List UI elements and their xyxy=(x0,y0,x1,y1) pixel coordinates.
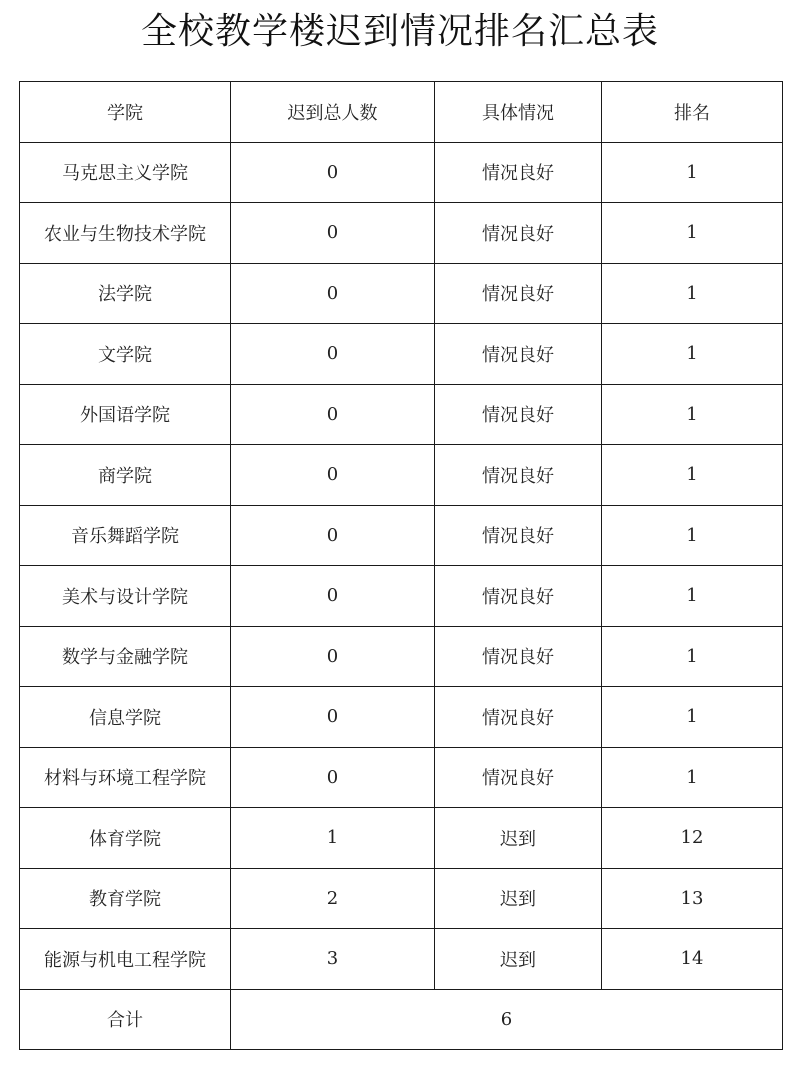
status: 迟到 xyxy=(435,929,602,990)
late-count: 1 xyxy=(231,808,435,869)
table-row: 文学院 0 情况良好 1 xyxy=(20,324,783,385)
table-row: 法学院 0 情况良好 1 xyxy=(20,263,783,324)
late-count: 0 xyxy=(231,747,435,808)
college-name: 数学与金融学院 xyxy=(20,626,231,687)
header-late-count: 迟到总人数 xyxy=(231,82,435,143)
rank: 12 xyxy=(602,808,783,869)
rank: 1 xyxy=(602,566,783,627)
status: 情况良好 xyxy=(435,263,602,324)
college-name: 商学院 xyxy=(20,445,231,506)
table-row: 数学与金融学院 0 情况良好 1 xyxy=(20,626,783,687)
rank: 1 xyxy=(602,747,783,808)
late-count: 0 xyxy=(231,566,435,627)
document-title: 全校教学楼迟到情况排名汇总表 xyxy=(0,6,800,58)
rank: 1 xyxy=(602,445,783,506)
status: 迟到 xyxy=(435,868,602,929)
status: 情况良好 xyxy=(435,324,602,385)
header-rank: 排名 xyxy=(602,82,783,143)
total-row: 合计 6 xyxy=(20,989,783,1050)
late-ranking-table: 学院 迟到总人数 具体情况 排名 马克思主义学院 0 情况良好 1 农业与生物技… xyxy=(19,81,783,1050)
late-count: 0 xyxy=(231,626,435,687)
college-name: 体育学院 xyxy=(20,808,231,869)
college-name: 美术与设计学院 xyxy=(20,566,231,627)
rank: 1 xyxy=(602,687,783,748)
late-count: 0 xyxy=(231,384,435,445)
late-count: 0 xyxy=(231,324,435,385)
college-name: 马克思主义学院 xyxy=(20,142,231,203)
table-row: 能源与机电工程学院 3 迟到 14 xyxy=(20,929,783,990)
status: 情况良好 xyxy=(435,566,602,627)
header-college: 学院 xyxy=(20,82,231,143)
rank: 1 xyxy=(602,263,783,324)
status: 情况良好 xyxy=(435,687,602,748)
college-name: 文学院 xyxy=(20,324,231,385)
status: 情况良好 xyxy=(435,505,602,566)
rank: 1 xyxy=(602,505,783,566)
college-name: 法学院 xyxy=(20,263,231,324)
college-name: 农业与生物技术学院 xyxy=(20,203,231,264)
table-row: 农业与生物技术学院 0 情况良好 1 xyxy=(20,203,783,264)
status: 情况良好 xyxy=(435,142,602,203)
table-row: 体育学院 1 迟到 12 xyxy=(20,808,783,869)
status: 情况良好 xyxy=(435,747,602,808)
table-row: 马克思主义学院 0 情况良好 1 xyxy=(20,142,783,203)
table-row: 美术与设计学院 0 情况良好 1 xyxy=(20,566,783,627)
college-name: 音乐舞蹈学院 xyxy=(20,505,231,566)
college-name: 材料与环境工程学院 xyxy=(20,747,231,808)
late-count: 0 xyxy=(231,445,435,506)
rank: 14 xyxy=(602,929,783,990)
rank: 1 xyxy=(602,626,783,687)
table-header-row: 学院 迟到总人数 具体情况 排名 xyxy=(20,82,783,143)
table-row: 教育学院 2 迟到 13 xyxy=(20,868,783,929)
status: 情况良好 xyxy=(435,626,602,687)
late-count: 0 xyxy=(231,203,435,264)
rank: 1 xyxy=(602,203,783,264)
college-name: 教育学院 xyxy=(20,868,231,929)
table-row: 信息学院 0 情况良好 1 xyxy=(20,687,783,748)
college-name: 能源与机电工程学院 xyxy=(20,929,231,990)
status: 情况良好 xyxy=(435,445,602,506)
college-name: 信息学院 xyxy=(20,687,231,748)
header-status: 具体情况 xyxy=(435,82,602,143)
rank: 1 xyxy=(602,384,783,445)
table-row: 外国语学院 0 情况良好 1 xyxy=(20,384,783,445)
total-label: 合计 xyxy=(20,989,231,1050)
late-count: 2 xyxy=(231,868,435,929)
total-value: 6 xyxy=(231,989,783,1050)
rank: 1 xyxy=(602,324,783,385)
late-count: 0 xyxy=(231,505,435,566)
late-count: 3 xyxy=(231,929,435,990)
status: 情况良好 xyxy=(435,203,602,264)
status: 迟到 xyxy=(435,808,602,869)
table-row: 材料与环境工程学院 0 情况良好 1 xyxy=(20,747,783,808)
table-row: 音乐舞蹈学院 0 情况良好 1 xyxy=(20,505,783,566)
status: 情况良好 xyxy=(435,384,602,445)
late-count: 0 xyxy=(231,687,435,748)
late-count: 0 xyxy=(231,263,435,324)
college-name: 外国语学院 xyxy=(20,384,231,445)
table-row: 商学院 0 情况良好 1 xyxy=(20,445,783,506)
rank: 1 xyxy=(602,142,783,203)
late-count: 0 xyxy=(231,142,435,203)
rank: 13 xyxy=(602,868,783,929)
